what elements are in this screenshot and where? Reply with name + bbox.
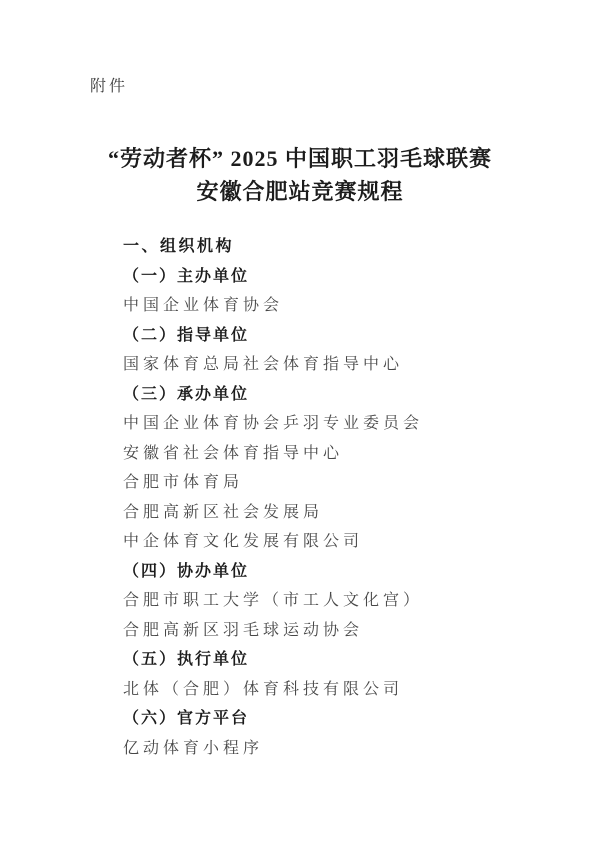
document-body: 一、组织机构 （一）主办单位 中国企业体育协会 （二）指导单位 国家体育总局社会… — [123, 232, 540, 763]
body-paragraph: 合肥市体育局 — [123, 468, 540, 498]
body-paragraph: 中国企业体育协会乒羽专业委员会 — [123, 409, 540, 439]
body-paragraph: 合肥高新区社会发展局 — [123, 498, 540, 528]
section-heading-level2: （五）执行单位 — [123, 645, 540, 675]
document-title: “劳动者杯” 2025 中国职工羽毛球联赛 安徽合肥站竞赛规程 — [0, 142, 600, 208]
body-paragraph: 中企体育文化发展有限公司 — [123, 527, 540, 557]
body-paragraph: 国家体育总局社会体育指导中心 — [123, 350, 540, 380]
body-paragraph: 合肥市职工大学（市工人文化宫） — [123, 586, 540, 616]
section-heading-level2: （一）主办单位 — [123, 262, 540, 292]
document-page: 附件 “劳动者杯” 2025 中国职工羽毛球联赛 安徽合肥站竞赛规程 一、组织机… — [0, 0, 600, 849]
body-paragraph: 中国企业体育协会 — [123, 291, 540, 321]
document-title-line2: 安徽合肥站竞赛规程 — [0, 175, 600, 208]
body-paragraph: 亿动体育小程序 — [123, 734, 540, 764]
attachment-label: 附件 — [90, 77, 600, 96]
document-title-line1: “劳动者杯” 2025 中国职工羽毛球联赛 — [0, 142, 600, 175]
body-paragraph: 合肥高新区羽毛球运动协会 — [123, 616, 540, 646]
section-heading-level2: （三）承办单位 — [123, 380, 540, 410]
section-heading-level2: （二）指导单位 — [123, 321, 540, 351]
section-heading-level2: （四）协办单位 — [123, 557, 540, 587]
body-paragraph: 北体（合肥）体育科技有限公司 — [123, 675, 540, 705]
body-paragraph: 安徽省社会体育指导中心 — [123, 439, 540, 469]
section-heading-level2: （六）官方平台 — [123, 704, 540, 734]
section-heading-level1: 一、组织机构 — [123, 232, 540, 262]
